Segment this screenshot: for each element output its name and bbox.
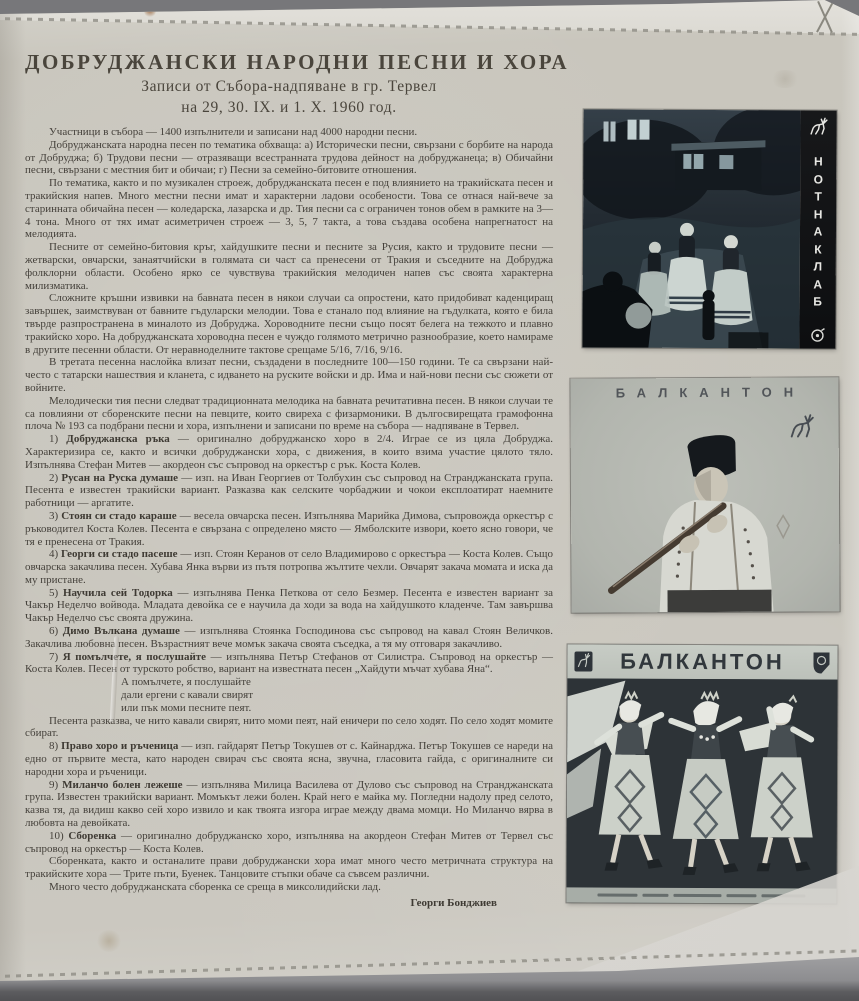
- track-number: 10): [49, 830, 64, 842]
- balkanton-brand-text: БАЛКАНТОН: [570, 384, 838, 400]
- closing-paragraph: Сборенката, както и останалите прави доб…: [25, 855, 553, 881]
- track-number: 2): [49, 472, 58, 484]
- paper-shading-left: [0, 0, 26, 1001]
- poem-explanation: Песента разказва, че нито кавали свирят,…: [25, 715, 553, 741]
- track-number: 8): [49, 740, 58, 752]
- intro-paragraph: По тематика, както и по музикален строеж…: [25, 177, 553, 241]
- track-number: 7): [49, 651, 58, 663]
- poem-line: или пък моми песните пеят.: [121, 702, 553, 715]
- intro-paragraph: Участници в събора — 1400 изпълнители и …: [25, 126, 553, 139]
- track-number: 5): [49, 587, 58, 599]
- track-number: 9): [49, 779, 58, 791]
- poem-line: дали ергени с кавали свирят: [121, 689, 553, 702]
- track-title: Миланчо болен лежеше: [62, 779, 182, 791]
- track-title: Научила сей Тодорка: [63, 587, 173, 599]
- track-number: 1): [49, 433, 58, 445]
- track-item: 3) Стоян си стадо караше — весела овчарс…: [25, 510, 553, 548]
- intro-paragraph: Песните от семейно-битовия кръг, хайдушк…: [25, 241, 553, 292]
- intro-paragraph: Сложните кръшни извивки на бавната песен…: [25, 292, 553, 356]
- track-title: Право хоро и ръченица: [61, 740, 178, 752]
- track-item: 8) Право хоро и ръченица — изп. гайдарят…: [25, 740, 553, 778]
- stag-logo-icon: [807, 116, 829, 138]
- track-number: 4): [49, 548, 58, 560]
- intro-paragraph: Мелодически тия песни следват традиционн…: [25, 395, 553, 433]
- track-number: 3): [49, 510, 58, 522]
- track-item: 5) Научила сей Тодорка — изпълнява Пенка…: [25, 587, 553, 625]
- track-item: 7) Я помълчете, я послушайте — изпълнява…: [25, 651, 553, 677]
- author-signature: Георги Бонджиев: [25, 897, 553, 910]
- track-item: 10) Сборенка — оригинално добруджанско х…: [25, 830, 553, 856]
- liner-notes-column: ДОБРУДЖАНСКИ НАРОДНИ ПЕСНИ И ХОРА Записи…: [25, 50, 553, 940]
- balkanton-brand-text: БАЛКАНТОН: [593, 649, 811, 676]
- track-item: 2) Русан на Руска думаше — изп. на Иван …: [25, 472, 553, 510]
- cover-art-three-dancers: [567, 678, 838, 888]
- track-title: Добруджанска ръка: [66, 433, 170, 445]
- track-title: Георги си стадо пасеше: [61, 548, 178, 560]
- album-cover-kaval-player: БАЛКАНТОН: [570, 377, 839, 612]
- stag-logo-icon: [787, 411, 817, 441]
- record-sleeve-back: ДОБРУДЖАНСКИ НАРОДНИ ПЕСНИ И ХОРА Записи…: [0, 0, 859, 1001]
- closing-paragraph: Много често добруджанската сборенка се с…: [25, 881, 553, 894]
- balkanton-vertical-text: НОТНАКЛАБ: [813, 154, 823, 312]
- track-item: 9) Миланчо болен лежеше — изпълнява Мили…: [25, 779, 553, 830]
- track-item: 4) Георги си стадо пасеше — изп. Стоян К…: [25, 548, 553, 586]
- album-cover-three-dancers: БАЛКАНТОН: [566, 644, 837, 903]
- subtitle-line-1: Записи от Събора-надпяване в гр. Тервел: [25, 78, 553, 96]
- shield-emblem-icon: [811, 650, 831, 674]
- poem-line: А помълчете, я послушайте: [121, 676, 553, 689]
- track-title: Димо Вълкана думаше: [63, 625, 180, 637]
- scanned-record-sleeve-photo: ДОБРУДЖАНСКИ НАРОДНИ ПЕСНИ И ХОРА Записи…: [0, 0, 859, 1001]
- album-cover-village-dance: НОТНАКЛАБ: [582, 109, 836, 348]
- page-title: ДОБРУДЖАНСКИ НАРОДНИ ПЕСНИ И ХОРА: [25, 50, 553, 75]
- loose-thread: [812, 2, 838, 32]
- intro-paragraph: Добруджанската народна песен по тематика…: [25, 139, 553, 177]
- subtitle-line-2: на 29, 30. IX. и 1. X. 1960 год.: [25, 99, 553, 117]
- cover-art-village-dance-painting: [582, 109, 800, 348]
- stag-emblem-icon: [573, 649, 593, 673]
- track-title: Стоян си стадо караше: [61, 510, 176, 522]
- track-item: 1) Добруджанска ръка — оригинално добруд…: [25, 433, 553, 471]
- record-mark-icon: [809, 328, 825, 344]
- intro-paragraph: В третата песенна наслойка влизат песни,…: [25, 356, 553, 394]
- track-number: 6): [49, 625, 58, 637]
- paper-stain: [770, 70, 800, 88]
- track-title: Я помълчете, я послушайте: [63, 651, 206, 663]
- track-item: 6) Димо Вълкана думаше — изпълнява Стоян…: [25, 625, 553, 651]
- paper-shading-right: [841, 0, 859, 1001]
- liner-notes-body: Участници в събора — 1400 изпълнители и …: [25, 126, 553, 910]
- track-title: Русан на Руска думаше: [61, 472, 178, 484]
- balkanton-title-band: БАЛКАНТОН: [567, 644, 837, 679]
- balkanton-vertical-strip: НОТНАКЛАБ: [799, 110, 836, 348]
- track-title: Сборенка: [68, 830, 116, 842]
